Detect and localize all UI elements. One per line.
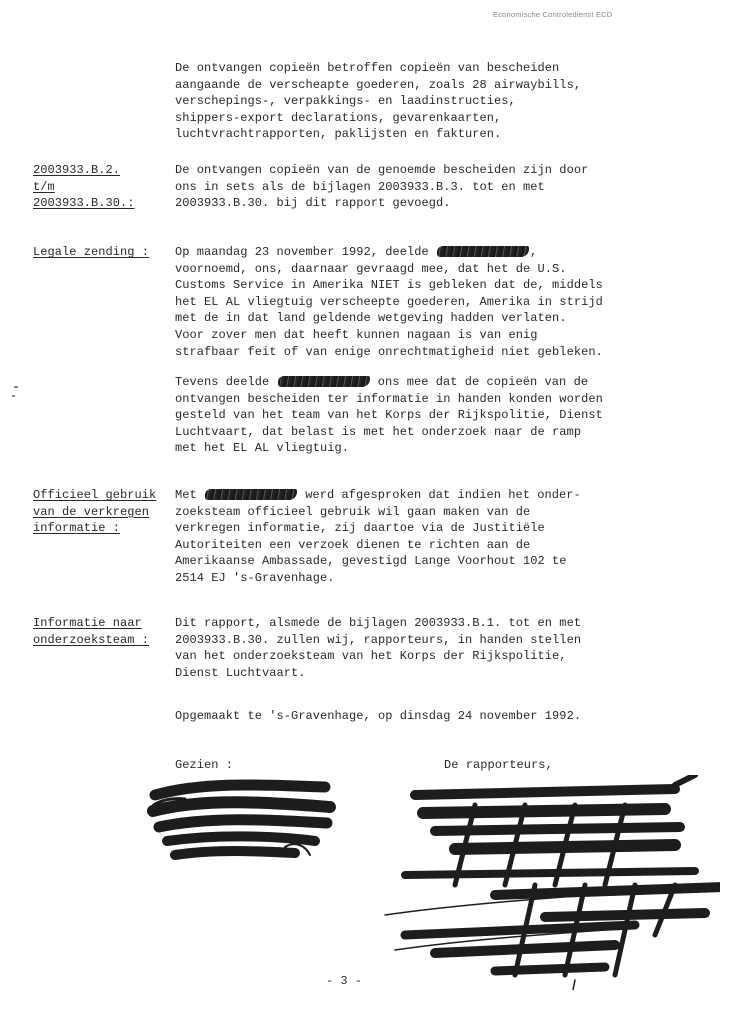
text-line: De rapporteurs, <box>444 757 553 774</box>
label-line: Officieel gebruik <box>33 487 156 504</box>
label-line: 2003933.B.2. <box>33 162 135 179</box>
text-line: verkregen informatie, zij daartoe via de… <box>175 520 581 537</box>
text-line: Tevens deelde ons mee dat de copieën van… <box>175 374 603 391</box>
text-line: De ontvangen copieën betroffen copieën v… <box>175 60 581 77</box>
text-line: aangaande de verscheapte goederen, zoals… <box>175 77 581 94</box>
place-date: Opgemaakt te 's-Gravenhage, op dinsdag 2… <box>175 708 581 725</box>
section-body-informatie-onderzoeksteam: Dit rapport, alsmede de bijlagen 2003933… <box>175 615 581 681</box>
section-body-legale-zending-2: Tevens deelde ons mee dat de copieën van… <box>175 374 603 457</box>
text-line: Customs Service in Amerika NIET is geble… <box>175 277 603 294</box>
text-line: Op maandag 23 november 1992, deelde , <box>175 244 603 261</box>
text-line: gesteld van het team van het Korps der R… <box>175 407 603 424</box>
seen-label: Gezien : <box>175 757 233 774</box>
section-label-bijlagen: 2003933.B.2. t/m 2003933.B.30.: <box>33 162 135 212</box>
redaction-mark <box>437 246 529 257</box>
text-line: Voor zover men dat heeft kunnen nagaan i… <box>175 327 603 344</box>
intro-paragraph: De ontvangen copieën betroffen copieën v… <box>175 60 581 143</box>
text-line: 2003933.B.30. bij dit rapport gevoegd. <box>175 195 588 212</box>
text-line: zoeksteam officieel gebruik wil gaan mak… <box>175 504 581 521</box>
text-line: 2003933.B.30. zullen wij, rapporteurs, i… <box>175 632 581 649</box>
redacted-signature-seen <box>145 775 345 880</box>
redaction-mark <box>278 376 370 387</box>
section-body-bijlagen: De ontvangen copieën van de genoemde bes… <box>175 162 588 212</box>
label-line: Informatie naar <box>33 615 149 632</box>
text-line: Autoriteiten een verzoek dienen te richt… <box>175 537 581 554</box>
text-line: Dit rapport, alsmede de bijlagen 2003933… <box>175 615 581 632</box>
section-label-informatie-onderzoeksteam: Informatie naar onderzoeksteam : <box>33 615 149 648</box>
label-line: t/m <box>33 179 135 196</box>
text-line: Met werd afgesproken dat indien het onde… <box>175 487 581 504</box>
text-line: van het onderzoeksteam van het Korps der… <box>175 648 581 665</box>
text-line: ontvangen bescheiden ter informatie in h… <box>175 391 603 408</box>
text-line: voornoemd, ons, daarnaar gevraagd mee, d… <box>175 261 603 278</box>
redaction-mark <box>205 489 297 500</box>
text-line: Gezien : <box>175 757 233 774</box>
scan-speck <box>12 395 15 397</box>
text-line: verschepings-, verpakkings- en laadinstr… <box>175 93 581 110</box>
label-line: Legale zending : <box>33 244 149 261</box>
label-line: 2003933.B.30.: <box>33 195 135 212</box>
text-line: met het EL AL vliegtuig. <box>175 440 603 457</box>
text-line: Luchtvaart, dat belast is met het onderz… <box>175 424 603 441</box>
text-line: met de in dat land geldende wetgeving ha… <box>175 310 603 327</box>
text-line: De ontvangen copieën van de genoemde bes… <box>175 162 588 179</box>
text-line: ons in sets als de bijlagen 2003933.B.3.… <box>175 179 588 196</box>
scan-speck <box>14 386 18 388</box>
label-line: onderzoeksteam : <box>33 632 149 649</box>
text-line: Dienst Luchtvaart. <box>175 665 581 682</box>
text-line: Opgemaakt te 's-Gravenhage, op dinsdag 2… <box>175 708 581 725</box>
redacted-signatures-reporters <box>375 775 720 990</box>
text-line: 2514 EJ 's-Gravenhage. <box>175 570 581 587</box>
page-number: - 3 - <box>326 974 362 988</box>
text-line: luchtvrachtrapporten, paklijsten en fakt… <box>175 126 581 143</box>
label-line: informatie : <box>33 520 156 537</box>
label-line: van de verkregen <box>33 504 156 521</box>
header-note: Economische Controledienst ECD <box>493 10 612 19</box>
text-line: shippers-export declarations, gevarenkaa… <box>175 110 581 127</box>
text-line: het EL AL vliegtuig verscheepte goederen… <box>175 294 603 311</box>
section-label-officieel-gebruik: Officieel gebruik van de verkregen infor… <box>33 487 156 537</box>
section-body-officieel-gebruik: Met werd afgesproken dat indien het onde… <box>175 487 581 587</box>
section-label-legale-zending: Legale zending : <box>33 244 149 261</box>
text-line: Amerikaanse Ambassade, gevestigd Lange V… <box>175 553 581 570</box>
text-line: strafbaar feit of van enige onrechtmatig… <box>175 344 603 361</box>
reporters-label: De rapporteurs, <box>444 757 553 774</box>
section-body-legale-zending: Op maandag 23 november 1992, deelde , vo… <box>175 244 603 360</box>
